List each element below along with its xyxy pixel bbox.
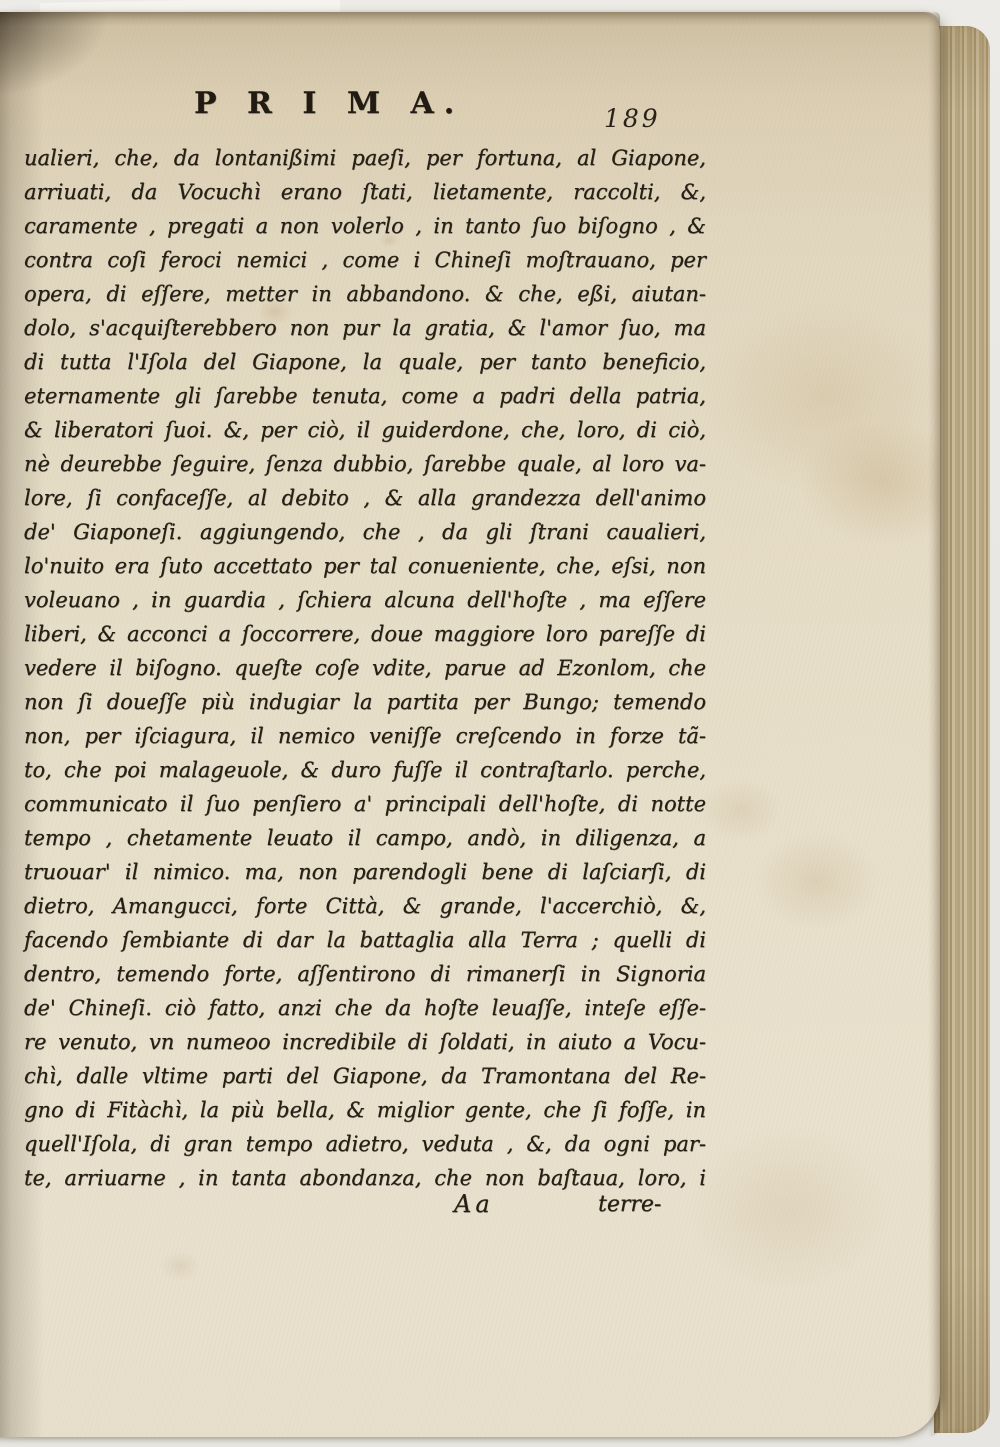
text-line: di tutta l'Iſola del Giapone, la quale, … (24, 345, 706, 379)
text-line: dolo, s'acquiſterebbero non pur la grati… (24, 311, 706, 345)
text-line: tempo , chetamente leuato il campo, andò… (24, 821, 706, 855)
text-line: facendo ſembiante di dar la battaglia al… (24, 923, 706, 957)
text-line: gno di Fitàchì, la più bella, & miglior … (24, 1093, 706, 1127)
text-line: nè deurebbe ſeguire, ſenza dubbio, ſareb… (24, 447, 706, 481)
text-line: ualieri, che, da lontanißimi paeſi, per … (24, 141, 706, 175)
text-line: dentro, temendo forte, aſſentirono di ri… (24, 957, 706, 991)
text-line: non, per iſciagura, il nemico veniſſe cr… (24, 719, 706, 753)
text-line: arriuati, da Vocuchì erano ſtati, lietam… (24, 175, 706, 209)
page-content: P R I M A. 189 ualieri, che, da lontaniß… (0, 12, 940, 1437)
page-number: 189 (604, 104, 661, 133)
text-line: dietro, Amangucci, forte Città, & grande… (24, 889, 706, 923)
text-line: eternamente gli ſarebbe tenuta, come a p… (24, 379, 706, 413)
text-line: lo'nuito era ſuto accettato per tal conu… (24, 549, 706, 583)
body-text: ualieri, che, da lontanißimi paeſi, per … (24, 141, 706, 1195)
text-line: re venuto, vn numeoo incredibile di ſold… (24, 1025, 706, 1059)
text-line: communicato il ſuo penſiero a' principal… (24, 787, 706, 821)
book-page: P R I M A. 189 ualieri, che, da lontaniß… (0, 12, 940, 1437)
text-line: voleuano , in guardia , ſchiera alcuna d… (24, 583, 706, 617)
book-fore-edge-pages (934, 26, 990, 1433)
text-line: quell'Iſola, di gran tempo adietro, vedu… (24, 1127, 706, 1161)
text-line: non ſi doueſſe più indugiar la partita p… (24, 685, 706, 719)
text-line: de' Chineſi. ciò fatto, anzi che da hoſt… (24, 991, 706, 1025)
running-title: P R I M A. (194, 86, 464, 121)
signature-mark: Aa (454, 1190, 494, 1218)
open-book: P R I M A. 189 ualieri, che, da lontaniß… (0, 12, 998, 1437)
text-line: contra coſi feroci nemici , come i Chine… (24, 243, 706, 277)
text-line: vedere il biſogno. queſte coſe vdite, pa… (24, 651, 706, 685)
text-line: liberi, & acconci a ſoccorrere, doue mag… (24, 617, 706, 651)
catchword: terre- (598, 1192, 661, 1217)
text-line: opera, di eſſere, metter in abbandono. &… (24, 277, 706, 311)
signature-row: Aa terre- (0, 1190, 706, 1224)
text-line: to, che poi malageuole, & duro fuſſe il … (24, 753, 706, 787)
text-line: truouar' il nimico. ma, non parendogli b… (24, 855, 706, 889)
text-line: & liberatori ſuoi. &, per ciò, il guider… (24, 413, 706, 447)
text-line: lore, ſi confaceſſe, al debito , & alla … (24, 481, 706, 515)
text-line: caramente , pregati a non volerlo , in t… (24, 209, 706, 243)
text-line: de' Giaponeſi. aggiungendo, che , da gli… (24, 515, 706, 549)
photo-of-book-page: { "header": { "title": "P R I M A.", "pa… (0, 0, 1000, 1447)
text-line: chì, dalle vltime parti del Giapone, da … (24, 1059, 706, 1093)
